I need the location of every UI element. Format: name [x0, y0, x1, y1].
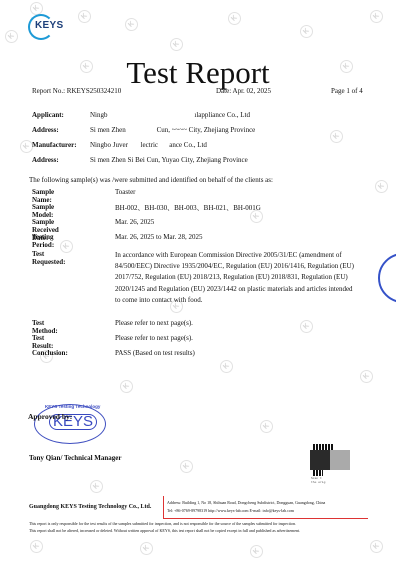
footer-tel-web-email: Tel: +86-0769-89798319 http://www.keys-l…: [167, 507, 325, 515]
page-title: Test Report: [0, 55, 396, 91]
footer-address: Address: Building 1, No 18, Shihuan Road…: [167, 499, 325, 507]
qr-pattern-bottom: [313, 470, 323, 476]
manufacturer-address-value: Si men Zhen Si Bei Cun, Yuyao City, Zhej…: [90, 156, 248, 164]
qr-redaction-dark: [310, 450, 330, 470]
page-indicator: Page 1 of 4: [331, 87, 363, 95]
disclaimer-line-1: This report is only responsible for the …: [29, 521, 300, 528]
intro-text: The following sample(s) was /were submit…: [29, 176, 273, 184]
stamp-arc-text: KEYS Testing Technology: [45, 404, 100, 409]
test-requested-label: Test Requested:: [32, 250, 65, 266]
conclusion-label: Conclusion:: [32, 349, 68, 357]
test-method-value: Please refer to next page(s).: [115, 319, 193, 327]
applicant-address-label: Address:: [32, 126, 59, 134]
test-method-label: Test Method:: [32, 319, 58, 335]
applicant-label: Applicant:: [32, 111, 64, 119]
sample-model-label: Sample Model:: [32, 203, 54, 219]
applicant-address-value: Si men Zhen Cun, ~~~~ City, Zhejiang Pro…: [90, 126, 255, 134]
report-number: Report No.: RKEYS250324210: [32, 87, 121, 95]
testing-period-label: Testing Period:: [32, 233, 54, 249]
logo-text: KEYS: [35, 20, 63, 31]
footer-company: Guangdong KEYS Testing Technology Co., L…: [29, 504, 151, 510]
test-result-label: Test Result:: [32, 334, 53, 350]
manufacturer-value: Ningbo Juver lectric ance Co., Ltd: [90, 141, 207, 149]
footer-contact: Address: Building 1, No 18, Shihuan Road…: [167, 499, 325, 515]
applicant-value: Ningb ılappliance Co., Ltd: [90, 111, 250, 119]
qr-redaction-grey: [330, 450, 350, 470]
sample-name-value: Toaster: [115, 188, 136, 196]
test-requested-value: In accordance with European Commission D…: [115, 250, 355, 306]
footer-divider-vertical: [163, 496, 164, 518]
conclusion-value: PASS (Based on test results): [115, 349, 195, 357]
qr-note-line-2: the orig: [311, 481, 325, 485]
report-date: Date: Apr. 02, 2025: [216, 87, 271, 95]
company-stamp: KEYS Testing Technology KEYS: [34, 404, 106, 444]
footer-disclaimer: This report is only responsible for the …: [29, 521, 300, 534]
qr-note: Scan t the orig: [311, 477, 325, 485]
page-seal-stamp: [378, 253, 396, 303]
disclaimer-line-2: This report shall not be altered, increa…: [29, 528, 300, 535]
testing-period-value: Mar. 26, 2025 to Mar. 28, 2025: [115, 233, 203, 241]
manufacturer-address-label: Address:: [32, 156, 59, 164]
footer-divider-horizontal: [163, 518, 368, 519]
keys-logo: KEYS: [28, 14, 68, 40]
manufacturer-label: Manufacturer:: [32, 141, 77, 149]
received-date-value: Mar. 26, 2025: [115, 218, 154, 226]
sample-name-label: Sample Name:: [32, 188, 54, 204]
sample-model-value: BH-002、BH-030、BH-003、BH-021、BH-001G: [115, 203, 261, 213]
test-result-value: Please refer to next page(s).: [115, 334, 193, 342]
approved-by-label: Approved by:: [28, 412, 72, 421]
signer-name: Tony Qian/ Technical Manager: [29, 454, 122, 462]
